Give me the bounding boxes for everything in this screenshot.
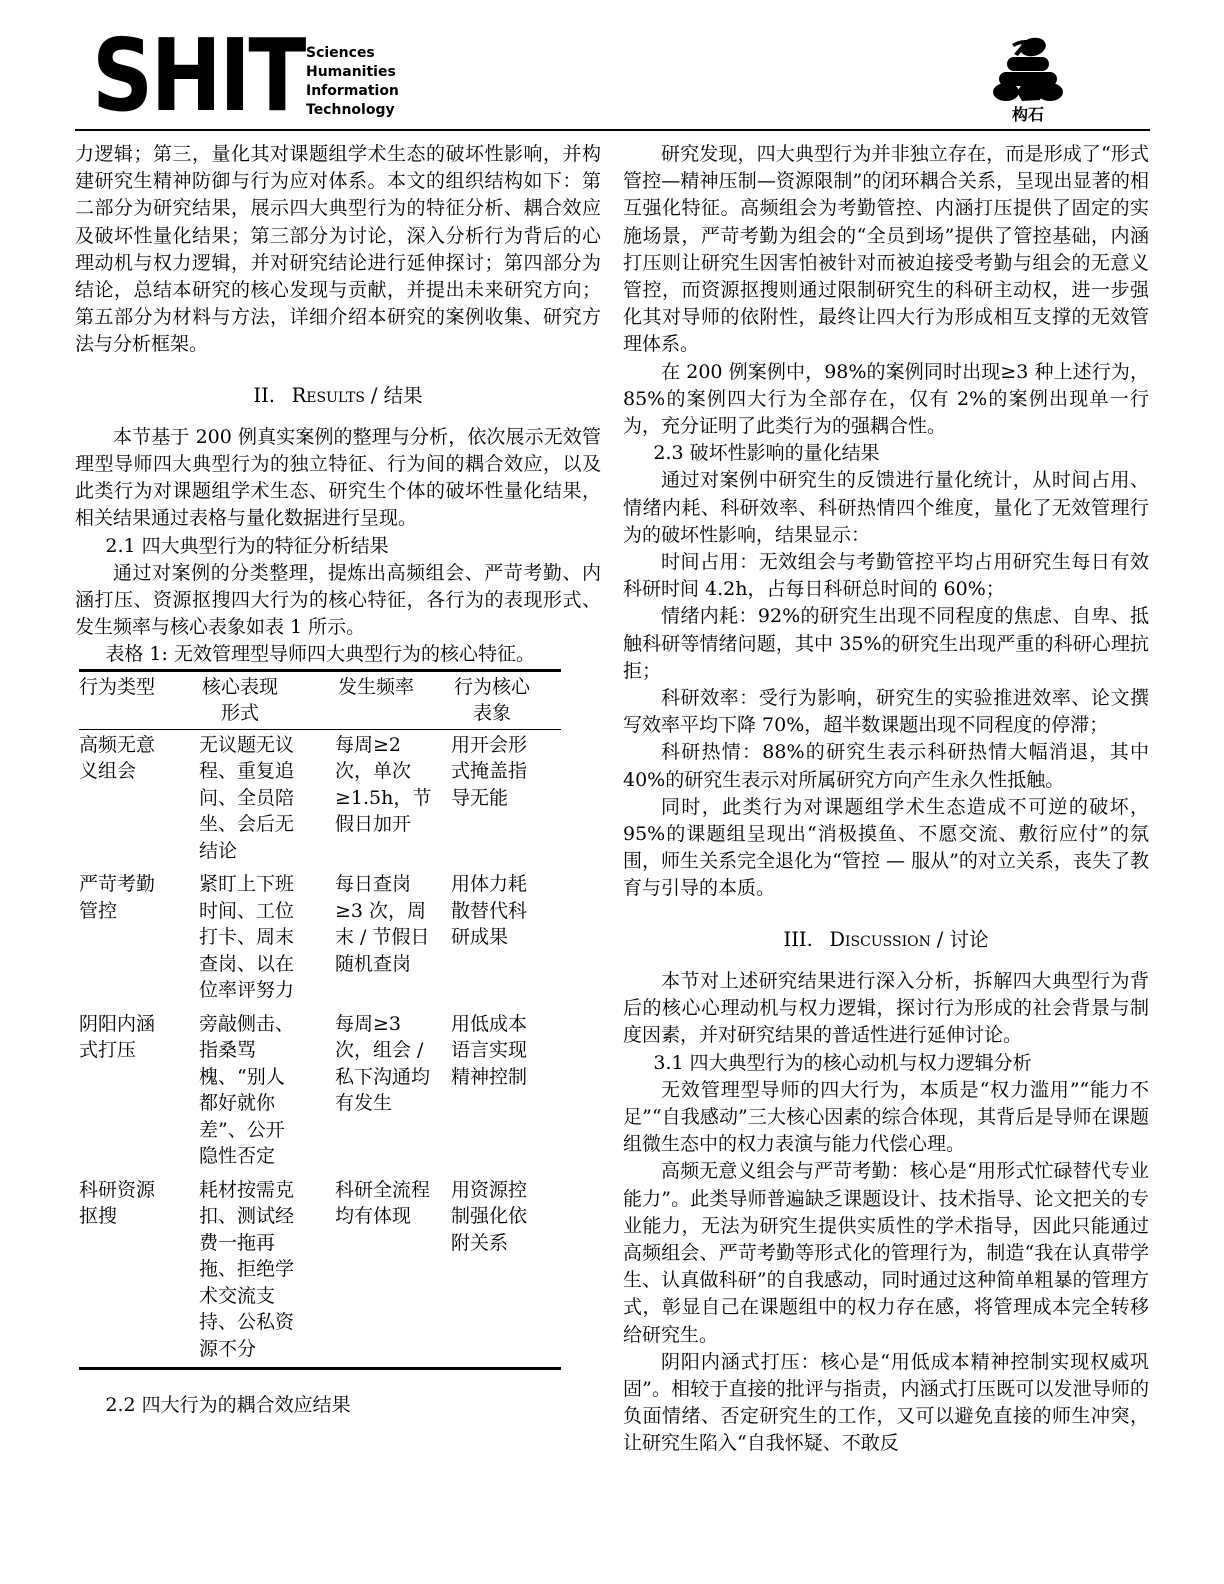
table-row: 科研资源抠搜 耗材按需克扣、测试经费一拖再拖、拒绝学术交流支持、公私资源不分 科… bbox=[79, 1175, 561, 1369]
table-header-row: 行为类型 核心表现形式 发生频率 行为核心表象 bbox=[79, 670, 561, 729]
table-cell: 用开会形式掩盖指导无能 bbox=[451, 729, 561, 869]
table-cell: 旁敲侧击、指桑骂槐、“别人都好就你差”、公开隐性否定 bbox=[199, 1009, 335, 1175]
column-header: 行为核心表象 bbox=[451, 670, 561, 729]
continuation-paragraph: 力逻辑；第三，量化其对课题组学术生态的破坏性影响，并构建研究生精神防御与行为应对… bbox=[75, 141, 601, 359]
column-header: 行为类型 bbox=[79, 670, 199, 729]
section-heading-results: II.Results/ 结果 bbox=[75, 382, 601, 409]
subtitle-line: Sciences bbox=[306, 44, 399, 63]
metric-time-paragraph: 时间占用：无效组会与考勤管控平均占用研究生每日有效科研时间 4.2h，占每日科研… bbox=[623, 549, 1149, 603]
subtitle-line: Humanities bbox=[306, 63, 399, 82]
subsection-heading-2-3: 2.3 破坏性影响的量化结果 bbox=[623, 440, 1149, 467]
table-cell: 无议题无议程、重复追问、全员陪坐、会后无结论 bbox=[199, 729, 335, 869]
subtitle-line: Technology bbox=[306, 101, 399, 120]
column-header: 发生频率 bbox=[335, 670, 451, 729]
motivation-paragraph: 无效管理型导师的四大行为，本质是“权力滥用”“能力不足”“自我感动”三大核心因素… bbox=[623, 1077, 1149, 1159]
table-cell: 阴阳内涵式打压 bbox=[79, 1009, 199, 1175]
left-column: 力逻辑；第三，量化其对课题组学术生态的破坏性影响，并构建研究生精神防御与行为应对… bbox=[75, 141, 601, 1419]
right-column: 研究发现，四大典型行为并非独立存在，而是形成了“形式管控—精神压制—资源限制”的… bbox=[623, 141, 1149, 1458]
table-cell: 耗材按需克扣、测试经费一拖再拖、拒绝学术交流支持、公私资源不分 bbox=[199, 1175, 335, 1369]
journal-subtitle: Sciences Humanities Information Technolo… bbox=[306, 44, 399, 120]
characteristics-paragraph: 通过对案例的分类整理，提炼出高频组会、严苛考勤、内涵打压、资源抠搜四大行为的核心… bbox=[75, 560, 601, 642]
table-cell: 高频无意义组会 bbox=[79, 729, 199, 869]
section-title-en: Discussion bbox=[829, 928, 930, 951]
table-cell: 每周≥2 次，单次≥1.5h，节假日加开 bbox=[335, 729, 451, 869]
table-cell: 用资源控制强化依附关系 bbox=[451, 1175, 561, 1369]
table-cell: 紧盯上下班时间、工位打卡、周末查岗、以在位率评努力 bbox=[199, 869, 335, 1009]
section-title-cn: / 讨论 bbox=[937, 928, 989, 951]
table-cell: 科研全流程均有体现 bbox=[335, 1175, 451, 1369]
paper-page: SHIT Sciences Humanities Information Tec… bbox=[0, 0, 1224, 1584]
suppression-paragraph: 阴阳内涵式打压：核心是“用低成本精神控制实现权威巩固”。相较于直接的批评与指责，… bbox=[623, 1349, 1149, 1458]
case-statistics-paragraph: 在 200 例案例中，98%的案例同时出现≥3 种上述行为，85%的案例四大行为… bbox=[623, 359, 1149, 441]
column-header: 核心表现形式 bbox=[199, 670, 335, 729]
publisher-logo-label: 构石 bbox=[986, 102, 1070, 125]
results-intro-paragraph: 本节基于 200 例真实案例的整理与分析，依次展示无效管理型导师四大典型行为的独… bbox=[75, 424, 601, 533]
journal-logo-text: SHIT bbox=[92, 30, 304, 122]
table-cell: 严苛考勤管控 bbox=[79, 869, 199, 1009]
section-title-en: Results bbox=[292, 384, 365, 407]
table-1: 行为类型 核心表现形式 发生频率 行为核心表象 高频无意义组会 无议题无议程、重… bbox=[79, 669, 561, 1371]
coupling-paragraph: 研究发现，四大典型行为并非独立存在，而是形成了“形式管控—精神压制—资源限制”的… bbox=[623, 141, 1149, 359]
table-cell: 科研资源抠搜 bbox=[79, 1175, 199, 1369]
subsection-heading-2-1: 2.1 四大典型行为的特征分析结果 bbox=[75, 533, 601, 560]
table-1-caption: 表格 1: 无效管理型导师四大典型行为的核心特征。 bbox=[75, 641, 601, 668]
metric-emotion-paragraph: 情绪内耗：92%的研究生出现不同程度的焦虑、自卑、抵触科研等情绪问题，其中 35… bbox=[623, 603, 1149, 685]
table-cell: 用体力耗散替代科研成果 bbox=[451, 869, 561, 1009]
section-title-cn: / 结果 bbox=[371, 384, 423, 407]
ecology-paragraph: 同时，此类行为对课题组学术生态造成不可逆的破坏，95%的课题组呈现出“消极摸鱼、… bbox=[623, 794, 1149, 903]
metric-efficiency-paragraph: 科研效率：受行为影响，研究生的实验推进效率、论文撰写效率平均下降 70%，超半数… bbox=[623, 685, 1149, 739]
section-number: II. bbox=[253, 384, 275, 407]
subsection-heading-2-2: 2.2 四大行为的耦合效应结果 bbox=[75, 1392, 601, 1419]
rock-pile-icon bbox=[992, 36, 1064, 102]
table-cell: 用低成本语言实现精神控制 bbox=[451, 1009, 561, 1175]
table-row: 高频无意义组会 无议题无议程、重复追问、全员陪坐、会后无结论 每周≥2 次，单次… bbox=[79, 729, 561, 869]
discussion-intro-paragraph: 本节对上述研究结果进行深入分析，拆解四大典型行为背后的核心心理动机与权力逻辑，探… bbox=[623, 968, 1149, 1050]
subsection-heading-3-1: 3.1 四大典型行为的核心动机与权力逻辑分析 bbox=[623, 1050, 1149, 1077]
quantification-intro-paragraph: 通过对案例中研究生的反馈进行量化统计，从时间占用、情绪内耗、科研效率、科研热情四… bbox=[623, 467, 1149, 549]
metric-passion-paragraph: 科研热情：88%的研究生表示科研热情大幅消退，其中 40%的研究生表示对所属研究… bbox=[623, 739, 1149, 793]
section-heading-discussion: III.Discussion/ 讨论 bbox=[623, 926, 1149, 953]
publisher-logo: 构石 bbox=[986, 36, 1070, 125]
meeting-attendance-paragraph: 高频无意义组会与严苛考勤：核心是“用形式忙碌替代专业能力”。此类导师普遍缺乏课题… bbox=[623, 1158, 1149, 1348]
table-row: 阴阳内涵式打压 旁敲侧击、指桑骂槐、“别人都好就你差”、公开隐性否定 每周≥3 … bbox=[79, 1009, 561, 1175]
table-cell: 每周≥3 次，组会 / 私下沟通均有发生 bbox=[335, 1009, 451, 1175]
header-rule bbox=[75, 129, 1150, 131]
table-cell: 每日查岗≥3 次，周末 / 节假日随机查岗 bbox=[335, 869, 451, 1009]
section-number: III. bbox=[784, 928, 813, 951]
subtitle-line: Information bbox=[306, 82, 399, 101]
table-row: 严苛考勤管控 紧盯上下班时间、工位打卡、周末查岗、以在位率评努力 每日查岗≥3 … bbox=[79, 869, 561, 1009]
